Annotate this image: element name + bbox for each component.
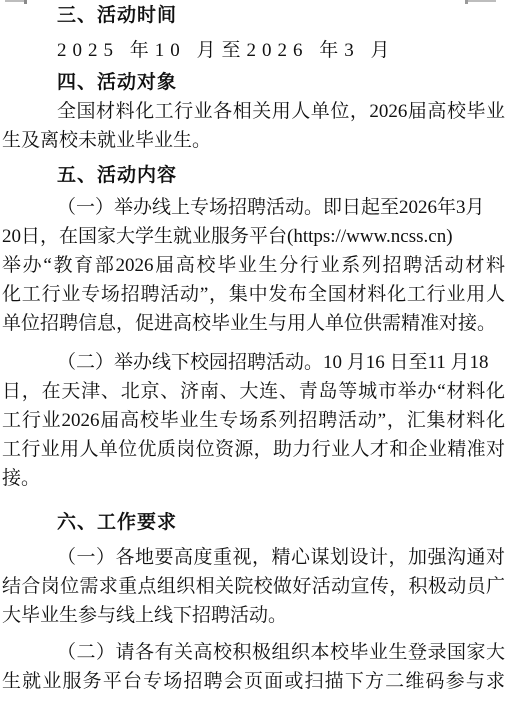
paragraph-line: 生及离校未就业毕业生。 xyxy=(2,126,505,155)
paragraph-line: 化工行业专场招聘活动”，集中发布全国材料化工行业用人 xyxy=(2,280,505,309)
document-page: 三、活动时间 2025 年10 月至2026 年3 月 四、活动对象 全国材料化… xyxy=(0,0,519,723)
page-edge-artifact-right xyxy=(466,0,496,2)
section-heading-activity-content: 五、活动内容 xyxy=(2,161,505,190)
paragraph-line: （二）举办线下校园招聘活动。10 月16 日至11 月18 xyxy=(2,348,505,377)
paragraph-line: 接。 xyxy=(2,464,505,493)
paragraph-line: 结合岗位需求重点组织相关院校做好活动宣传，积极动员广 xyxy=(2,572,505,601)
paragraph-line: （二）请各有关高校积极组织本校毕业生登录国家大学 xyxy=(2,638,505,667)
paragraph-line: 生就业服务平台专场招聘会页面或扫描下方二维码参与求 xyxy=(2,667,505,696)
paragraph-line: 大毕业生参与线上线下招聘活动。 xyxy=(2,601,505,630)
paragraph-line: 工行业2026届高校毕业生专场系列招聘活动”，汇集材料化 xyxy=(2,406,505,435)
paragraph-line-with-url: 20日，在国家大学生就业服务平台(https://www.ncss.cn) xyxy=(2,222,505,251)
paragraph-line: 举办“教育部2026届高校毕业生分行业系列招聘活动材料 xyxy=(2,251,505,280)
paragraph-line: 工行业用人单位优质岗位资源，助力行业人才和企业精准对 xyxy=(2,435,505,464)
section-heading-work-requirements: 六、工作要求 xyxy=(2,508,505,537)
activity-time-text: 2025 年10 月至2026 年3 月 xyxy=(2,36,505,65)
paragraph-line: （一）举办线上专场招聘活动。即日起至2026年3月 xyxy=(2,193,505,222)
page-edge-artifact-left xyxy=(5,0,26,2)
paragraph-line: 日，在天津、北京、济南、大连、青岛等城市举办“材料化 xyxy=(2,377,505,406)
paragraph-line: （一）各地要高度重视，精心谋划设计，加强沟通对接， xyxy=(2,543,505,572)
section-heading-activity-time: 三、活动时间 xyxy=(2,1,505,30)
paragraph-line: 单位招聘信息，促进高校毕业生与用人单位供需精准对接。 xyxy=(2,309,505,338)
paragraph-line: 全国材料化工行业各相关用人单位，2026届高校毕业 xyxy=(2,97,505,126)
section-heading-activity-target: 四、活动对象 xyxy=(2,68,505,97)
